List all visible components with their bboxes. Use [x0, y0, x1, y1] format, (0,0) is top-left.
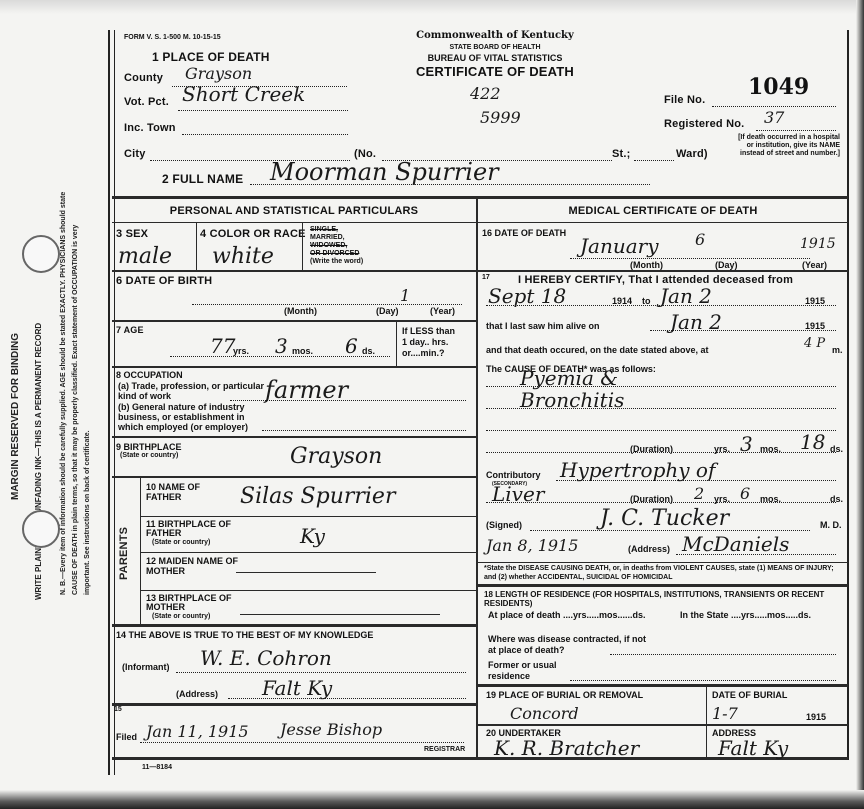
full-name-label: 2 FULL NAME — [162, 172, 243, 186]
divider — [112, 320, 476, 322]
color-label: 4 COLOR OR RACE — [200, 228, 306, 240]
county-label: County — [124, 72, 163, 84]
where-contracted-label: Where was disease contracted, if not at … — [488, 634, 648, 656]
date-of-death-day: 6 — [695, 230, 705, 249]
mother-name-line — [236, 572, 376, 573]
attended-to-year: 1915 — [805, 296, 825, 306]
ward-label: Ward) — [676, 148, 708, 160]
registrar-signature: Jesse Bishop — [280, 720, 382, 739]
divider — [478, 222, 848, 223]
registered-no-line — [756, 130, 836, 131]
contrib-duration-years: 2 — [694, 484, 704, 503]
divider — [478, 724, 848, 726]
age-months-unit: mos. — [292, 346, 313, 356]
divider — [140, 478, 141, 624]
certificate-title-block: Commonwealth of Kentucky STATE BOARD OF … — [390, 30, 600, 79]
commonwealth-title: Commonwealth of Kentucky — [390, 30, 600, 41]
certificate-title: CERTIFICATE OF DEATH — [390, 64, 600, 79]
note-line-2: CAUSE OF DEATH in plain terms, so that i… — [72, 225, 79, 595]
contributory-line-1-value: Hypertrophy of — [560, 458, 715, 482]
divider — [478, 684, 848, 687]
marital-option-married: MARRIED, — [310, 234, 363, 242]
marital-note: (Write the word) — [310, 258, 363, 266]
registered-number: 37 — [764, 108, 784, 127]
divider — [112, 196, 848, 199]
where-contracted-line — [610, 654, 836, 655]
birthplace-label: 9 BIRTHPLACE — [116, 442, 182, 452]
vot-pct-value: Short Creek — [182, 82, 305, 106]
cause-line-3 — [486, 430, 836, 431]
death-occured-text: and that death occured, on the date stat… — [486, 345, 709, 355]
bureau-name: BUREAU OF VITAL STATISTICS — [390, 53, 600, 63]
medical-heading: MEDICAL CERTIFICATE OF DEATH — [478, 205, 848, 217]
file-no-label: File No. — [664, 94, 705, 106]
occupation-b-label: (b) General nature of industry business,… — [118, 402, 258, 432]
registered-no-label: Registered No. — [664, 118, 744, 130]
divider — [196, 222, 197, 270]
age-months: 3 — [275, 334, 288, 358]
personal-heading: PERSONAL AND STATISTICAL PARTICULARS — [112, 205, 476, 217]
date-of-death-month: January — [580, 234, 659, 258]
divider — [112, 222, 476, 223]
registrar-label: REGISTRAR — [424, 746, 465, 753]
residence-at-place: At place of death ....yrs.....mos......d… — [488, 610, 648, 621]
date-of-death-label: 16 DATE OF DEATH — [482, 228, 566, 238]
burial-place-label: 19 PLACE OF BURIAL OR REMOVAL — [486, 690, 643, 700]
cause-of-death-line-1: Pyemia & — [520, 366, 618, 390]
county-value: Grayson — [185, 64, 252, 83]
inc-town-number: 5999 — [480, 108, 521, 127]
form-code: 11—8184 — [142, 764, 172, 771]
binding-margin: MARGIN RESERVED FOR BINDING WRITE PLAINL… — [0, 40, 106, 770]
cause-duration-label: (Duration) — [630, 444, 673, 454]
write-plainly-text: WRITE PLAINLY WITH UNFADING INK—THIS IS … — [34, 323, 43, 600]
former-residence-line — [570, 680, 836, 681]
marital-status-options: SINGLE, MARRIED, WIDOWED, OR DIVORCED (W… — [310, 226, 363, 266]
full-name-value: Moorman Spurrier — [270, 158, 499, 186]
mother-birthplace-sub: (State or country) — [152, 613, 210, 620]
file-no-line — [712, 106, 836, 107]
last-saw-date: Jan 2 — [670, 310, 722, 334]
last-saw-year: 1915 — [805, 321, 825, 331]
age-years: 77 — [210, 334, 235, 358]
undertaker-address-value: Falt Ky — [718, 736, 788, 760]
informant-heading: 14 THE ABOVE IS TRUE TO THE BEST OF MY K… — [116, 630, 373, 640]
divider — [478, 562, 848, 563]
divider — [140, 590, 476, 591]
signed-date: Jan 8, 1915 — [486, 536, 578, 555]
attended-to-label: to — [642, 296, 651, 306]
informant-address-value: Falt Ky — [262, 676, 332, 700]
form-border-left — [108, 30, 115, 775]
divider — [396, 322, 397, 366]
dod-day-label: (Day) — [715, 260, 738, 270]
burial-year-value: 1915 — [806, 712, 826, 722]
contrib-duration-label: (Duration) — [630, 494, 673, 504]
st-label: St.; — [612, 148, 631, 160]
occupation-value: farmer — [265, 376, 348, 404]
contributory-line-2-value: Liver — [492, 482, 544, 506]
divider — [112, 703, 476, 706]
contributory-label: Contributory — [486, 470, 541, 480]
inc-town-label: Inc. Town — [124, 122, 176, 134]
less-than-line-2: 1 day.. hrs. — [402, 337, 472, 348]
parents-side-label: PARENTS — [118, 527, 130, 580]
md-label: M. D. — [820, 520, 842, 530]
residence-heading: 18 LENGTH OF RESIDENCE (FOR HOSPITALS, I… — [484, 590, 846, 608]
cause-of-death-line-2: Bronchitis — [520, 388, 624, 412]
place-of-death-heading: 1 PLACE OF DEATH — [152, 50, 270, 64]
father-birthplace-sub: (State or country) — [152, 539, 210, 546]
birthplace-sub-label: (State or country) — [120, 452, 178, 459]
sex-value: male — [118, 244, 172, 269]
binding-hole-icon — [22, 510, 60, 548]
less-than-line-3: or....min.? — [402, 348, 472, 359]
divider — [706, 686, 707, 760]
color-value: white — [212, 244, 274, 269]
filed-date: Jan 11, 1915 — [146, 722, 249, 741]
vot-pct-line — [178, 110, 348, 111]
informant-label: (Informant) — [122, 662, 170, 672]
dob-label: 6 DATE OF BIRTH — [116, 275, 212, 287]
certify-number: 17 — [482, 274, 490, 281]
contrib-duration-months: 6 — [740, 484, 750, 503]
informant-address-label: (Address) — [176, 689, 218, 699]
filed-line — [140, 742, 464, 743]
less-than-day-note: If LESS than 1 day.. hrs. or....min.? — [402, 326, 472, 359]
father-name-label: 10 NAME OF FATHER — [146, 482, 216, 502]
vot-pct-label: Vot. Pct. — [124, 96, 169, 108]
dob-year-label: (Year) — [430, 306, 455, 316]
age-years-unit: yrs. — [233, 346, 249, 356]
scan-edge-right — [856, 0, 864, 809]
dob-year-value: 1 — [400, 286, 410, 305]
filed-label: Filed — [116, 732, 137, 742]
birthplace-value: Grayson — [290, 444, 382, 469]
attended-from-year: 1914 — [612, 296, 632, 306]
father-birthplace-value: Ky — [300, 524, 325, 548]
cause-months-unit: mos. — [760, 444, 781, 454]
contrib-years-unit: yrs. — [714, 494, 730, 504]
attended-to: Jan 2 — [660, 284, 712, 308]
margin-reserved-text: MARGIN RESERVED FOR BINDING — [10, 333, 21, 500]
physician-address: McDaniels — [682, 532, 789, 556]
death-time: 4 P — [804, 336, 825, 351]
board-name: STATE BOARD OF HEALTH — [390, 44, 600, 51]
informant-value: W. E. Cohron — [200, 646, 332, 670]
father-birthplace-label: 11 BIRTHPLACE OF FATHER — [146, 520, 236, 538]
occupation-b-line — [262, 430, 466, 431]
dob-day-label: (Day) — [376, 306, 399, 316]
physician-signature: J. C. Tucker — [600, 506, 729, 531]
cause-footnote: *State the DISEASE CAUSING DEATH, or, in… — [484, 564, 846, 582]
burial-date-label: DATE OF BURIAL — [712, 690, 787, 700]
attended-from: Sept 18 — [488, 284, 566, 308]
mother-birthplace-label: 13 BIRTHPLACE OF MOTHER — [146, 594, 236, 612]
divider — [112, 624, 476, 627]
file-number: 1049 — [748, 74, 809, 100]
father-name-value: Silas Spurrier — [240, 484, 395, 509]
age-label: 7 AGE — [116, 325, 144, 335]
cause-days-unit: ds. — [830, 444, 843, 454]
dod-year-label: (Year) — [802, 260, 827, 270]
occupation-label: 8 OCCUPATION — [116, 370, 183, 380]
divider — [112, 270, 476, 272]
vot-pct-number: 422 — [470, 84, 501, 103]
marital-option-widowed: WIDOWED, — [310, 242, 363, 250]
less-than-line-1: If LESS than — [402, 326, 472, 337]
cause-duration-months: 3 — [740, 432, 753, 456]
divider — [140, 552, 476, 553]
mother-maiden-name-label: 12 MAIDEN NAME OF MOTHER — [146, 556, 266, 576]
former-residence-label: Former or usual residence — [488, 660, 578, 682]
divider — [112, 366, 476, 368]
divider — [302, 222, 303, 270]
filed-number: 15 — [114, 706, 122, 713]
am-pm-label: m. — [832, 345, 843, 355]
cause-years-unit: yrs. — [714, 444, 730, 454]
sex-label: 3 SEX — [116, 228, 148, 240]
burial-date-value: 1-7 — [712, 704, 738, 723]
cause-duration-days: 18 — [800, 430, 825, 454]
marital-option-divorced: OR DIVORCED — [310, 250, 363, 258]
form-border-right — [847, 30, 849, 760]
signed-label: (Signed) — [486, 520, 522, 530]
column-divider — [476, 199, 478, 759]
occupation-a-label: (a) Trade, profession, or particular kin… — [118, 381, 268, 401]
mother-birthplace-line — [240, 614, 440, 615]
age-days: 6 — [345, 334, 358, 358]
divider — [478, 584, 848, 587]
hospital-note: [If death occurred in a hospital or inst… — [732, 134, 840, 158]
note-line-1: N. B.—Every item of information should b… — [60, 192, 67, 595]
divider — [112, 476, 476, 478]
date-of-death-year: 1915 — [800, 236, 836, 252]
binding-hole-icon — [22, 235, 60, 273]
dob-month-label: (Month) — [284, 306, 317, 316]
burial-place-value: Concord — [510, 704, 579, 723]
last-saw-text: that I last saw him alive on — [486, 321, 600, 331]
city-label: City — [124, 148, 146, 160]
divider — [112, 436, 476, 438]
scan-shadow-bottom — [0, 790, 864, 809]
form-number: FORM V. S. 1-500 M. 10-15-15 — [124, 34, 221, 41]
physician-address-label: (Address) — [628, 544, 670, 554]
dod-month-label: (Month) — [630, 260, 663, 270]
divider — [478, 270, 848, 272]
scan-shadow-top — [0, 0, 864, 14]
informant-line — [176, 672, 466, 673]
dob-line — [192, 304, 462, 305]
inc-town-line — [182, 134, 348, 135]
contrib-months-unit: mos. — [760, 494, 781, 504]
date-of-death-line — [570, 258, 810, 259]
marital-option-single: SINGLE, — [310, 226, 363, 234]
residence-in-state: In the State ....yrs.....mos.....ds. — [680, 610, 840, 621]
divider — [140, 516, 476, 517]
contrib-days-unit: ds. — [830, 494, 843, 504]
ward-line — [634, 160, 674, 161]
note-line-3: important. See instructions on back of c… — [84, 430, 91, 595]
age-days-unit: ds. — [362, 346, 375, 356]
undertaker-value: K. R. Bratcher — [494, 736, 639, 760]
